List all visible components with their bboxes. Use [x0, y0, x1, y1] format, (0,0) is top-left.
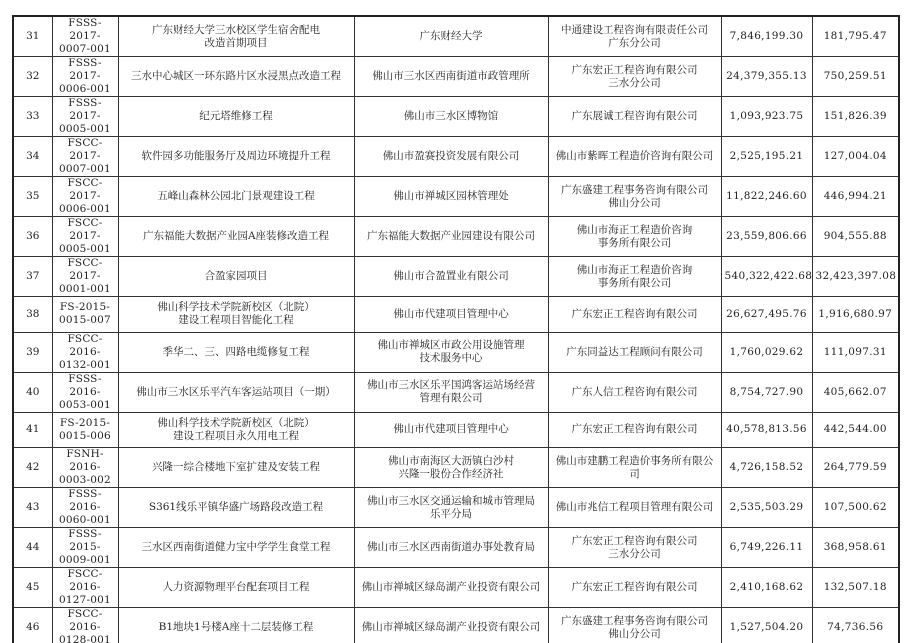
row-number-cell: 38: [13, 297, 52, 333]
owner-unit-cell: 佛山市三水区博物馆: [354, 97, 548, 137]
project-name-cell: 合盈家园项目: [118, 257, 354, 297]
project-code-cell: FSCC-2017- 0005-001: [52, 217, 118, 257]
row-number-cell: 40: [13, 372, 52, 412]
submitted-amount-cell: 2,410,168.62: [721, 568, 812, 608]
table-row: 46 FSCC-2016- 0128-001 B1地块1号楼A座十二层装修工程 …: [13, 608, 899, 643]
owner-unit-cell: 佛山市代建项目管理中心: [354, 412, 548, 448]
reduction-amount-cell: 1,916,680.97: [812, 297, 899, 333]
submitted-amount-cell: 24,379,355.13: [721, 57, 812, 97]
owner-unit-cell: 佛山市南海区大沥镇白沙村 兴隆一股份合作经济社: [354, 448, 548, 488]
reduction-amount-cell: 32,423,397.08: [812, 257, 899, 297]
row-number-cell: 35: [13, 177, 52, 217]
project-name-cell: 广东福能大数据产业园A座装修改造工程: [118, 217, 354, 257]
consultant-unit-cell: 广东宏正工程咨询有限公司 三水分公司: [548, 57, 721, 97]
consultant-unit-cell: 广东宏正工程咨询有限公司 三水分公司: [548, 528, 721, 568]
consultant-unit-cell: 广东人信工程咨询有限公司: [548, 372, 721, 412]
table-body: 31 FSSS-2017- 0007-001 广东财经大学三水校区学生宿舍配电 …: [13, 16, 899, 643]
submitted-amount-cell: 1,760,029.62: [721, 332, 812, 372]
reduction-amount-cell: 151,826.39: [812, 97, 899, 137]
project-name-cell: 三水中心城区一环东路片区水浸黑点改造工程: [118, 57, 354, 97]
consultant-unit-cell: 佛山市建鹏工程造价事务所有限公 司: [548, 448, 721, 488]
owner-unit-cell: 佛山市禅城区园林管理处: [354, 177, 548, 217]
reduction-amount-cell: 127,004.04: [812, 137, 899, 177]
row-number-cell: 32: [13, 57, 52, 97]
project-name-cell: 佛山市三水区乐平汽车客运站项目（一期）: [118, 372, 354, 412]
table-row: 42 FSNH-2016- 0003-002 兴隆一综合楼地下室扩建及安装工程 …: [13, 448, 899, 488]
reduction-amount-cell: 405,662.07: [812, 372, 899, 412]
submitted-amount-cell: 2,535,503.29: [721, 488, 812, 528]
project-code-cell: FSCC-2017- 0006-001: [52, 177, 118, 217]
document-page: 31 FSSS-2017- 0007-001 广东财经大学三水校区学生宿舍配电 …: [12, 15, 898, 643]
table-row: 44 FSSS-2015- 0009-001 三水区西南街道健力宝中学学生食堂工…: [13, 528, 899, 568]
owner-unit-cell: 佛山市代建项目管理中心: [354, 297, 548, 333]
consultant-unit-cell: 佛山市紫晖工程造价咨询有限公司: [548, 137, 721, 177]
consultant-unit-cell: 广东宏正工程咨询有限公司: [548, 568, 721, 608]
consultant-unit-cell: 广东宏正工程咨询有限公司: [548, 412, 721, 448]
row-number-cell: 45: [13, 568, 52, 608]
reduction-amount-cell: 368,958.61: [812, 528, 899, 568]
submitted-amount-cell: 26,627,495.76: [721, 297, 812, 333]
owner-unit-cell: 佛山市三水区西南街道办事处教育局: [354, 528, 548, 568]
project-name-cell: 五峰山森林公园北门景观建设工程: [118, 177, 354, 217]
project-name-cell: 季华二、三、四路电缆修复工程: [118, 332, 354, 372]
project-code-cell: FSSS-2016- 0060-001: [52, 488, 118, 528]
owner-unit-cell: 佛山市禅城区市政公用设施管理 技术服务中心: [354, 332, 548, 372]
reduction-amount-cell: 74,736.56: [812, 608, 899, 643]
reduction-amount-cell: 750,259.51: [812, 57, 899, 97]
table-row: 38 FS-2015- 0015-007 佛山科学技术学院新校区（北院） 建设工…: [13, 297, 899, 333]
owner-unit-cell: 佛山市禅城区绿岛湖产业投资有限公司: [354, 608, 548, 643]
consultant-unit-cell: 广东盛建工程事务咨询有限公司 佛山分公司: [548, 608, 721, 643]
consultant-unit-cell: 广东展诚工程咨询有限公司: [548, 97, 721, 137]
project-name-cell: 纪元塔维修工程: [118, 97, 354, 137]
reduction-amount-cell: 181,795.47: [812, 16, 899, 57]
project-code-cell: FS-2015- 0015-006: [52, 412, 118, 448]
submitted-amount-cell: 40,578,813.56: [721, 412, 812, 448]
table-row: 32 FSSS-2017- 0006-001 三水中心城区一环东路片区水浸黑点改…: [13, 57, 899, 97]
owner-unit-cell: 佛山市禅城区绿岛湖产业投资有限公司: [354, 568, 548, 608]
project-code-cell: FSCC-2016- 0127-001: [52, 568, 118, 608]
consultant-unit-cell: 广东宏正工程咨询有限公司: [548, 297, 721, 333]
table-row: 37 FSCC-2017- 0001-001 合盈家园项目 佛山市合盈置业有限公…: [13, 257, 899, 297]
consultant-unit-cell: 中通建设工程咨询有限责任公司 广东分公司: [548, 16, 721, 57]
project-name-cell: 兴隆一综合楼地下室扩建及安装工程: [118, 448, 354, 488]
row-number-cell: 31: [13, 16, 52, 57]
table-row: 45 FSCC-2016- 0127-001 人力资源物理平台配套项目工程 佛山…: [13, 568, 899, 608]
row-number-cell: 36: [13, 217, 52, 257]
consultant-unit-cell: 佛山市海正工程造价咨询 事务所有限公司: [548, 217, 721, 257]
submitted-amount-cell: 23,559,806.66: [721, 217, 812, 257]
submitted-amount-cell: 1,093,923.75: [721, 97, 812, 137]
project-code-cell: FSCC-2016- 0132-001: [52, 332, 118, 372]
reduction-amount-cell: 904,555.88: [812, 217, 899, 257]
reduction-amount-cell: 264,779.59: [812, 448, 899, 488]
project-code-cell: FSSS-2016- 0053-001: [52, 372, 118, 412]
table-row: 33 FSSS-2017- 0005-001 纪元塔维修工程 佛山市三水区博物馆…: [13, 97, 899, 137]
project-code-cell: FSSS-2017- 0006-001: [52, 57, 118, 97]
reduction-amount-cell: 111,097.31: [812, 332, 899, 372]
owner-unit-cell: 佛山市三水区乐平国鸿客运站场经营 管理有限公司: [354, 372, 548, 412]
row-number-cell: 46: [13, 608, 52, 643]
row-number-cell: 42: [13, 448, 52, 488]
consultant-unit-cell: 佛山市兆信工程项目管理有限公司: [548, 488, 721, 528]
owner-unit-cell: 佛山市盈赛投资发展有限公司: [354, 137, 548, 177]
table-row: 41 FS-2015- 0015-006 佛山科学技术学院新校区（北院） 建设工…: [13, 412, 899, 448]
reduction-amount-cell: 446,994.21: [812, 177, 899, 217]
owner-unit-cell: 佛山市合盈置业有限公司: [354, 257, 548, 297]
table-row: 40 FSSS-2016- 0053-001 佛山市三水区乐平汽车客运站项目（一…: [13, 372, 899, 412]
owner-unit-cell: 广东财经大学: [354, 16, 548, 57]
reduction-amount-cell: 132,507.18: [812, 568, 899, 608]
row-number-cell: 44: [13, 528, 52, 568]
project-name-cell: S361线乐平镇华盛广场路段改造工程: [118, 488, 354, 528]
row-number-cell: 41: [13, 412, 52, 448]
project-code-cell: FS-2015- 0015-007: [52, 297, 118, 333]
consultant-unit-cell: 佛山市海正工程造价咨询 事务所有限公司: [548, 257, 721, 297]
owner-unit-cell: 佛山市三水区西南街道市政管理所: [354, 57, 548, 97]
project-name-cell: 三水区西南街道健力宝中学学生食堂工程: [118, 528, 354, 568]
row-number-cell: 37: [13, 257, 52, 297]
project-name-cell: 人力资源物理平台配套项目工程: [118, 568, 354, 608]
project-code-cell: FSCC-2017- 0001-001: [52, 257, 118, 297]
project-table: 31 FSSS-2017- 0007-001 广东财经大学三水校区学生宿舍配电 …: [12, 15, 900, 643]
reduction-amount-cell: 107,500.62: [812, 488, 899, 528]
project-name-cell: B1地块1号楼A座十二层装修工程: [118, 608, 354, 643]
owner-unit-cell: 广东福能大数据产业园建设有限公司: [354, 217, 548, 257]
table-row: 43 FSSS-2016- 0060-001 S361线乐平镇华盛广场路段改造工…: [13, 488, 899, 528]
table-row: 35 FSCC-2017- 0006-001 五峰山森林公园北门景观建设工程 佛…: [13, 177, 899, 217]
project-name-cell: 软件园多功能服务厅及周边环境提升工程: [118, 137, 354, 177]
project-name-cell: 佛山科学技术学院新校区（北院） 建设工程项目永久用电工程: [118, 412, 354, 448]
submitted-amount-cell: 7,846,199.30: [721, 16, 812, 57]
project-code-cell: FSSS-2015- 0009-001: [52, 528, 118, 568]
owner-unit-cell: 佛山市三水区交通运输和城市管理局 乐平分局: [354, 488, 548, 528]
submitted-amount-cell: 540,322,422.68: [721, 257, 812, 297]
table-row: 39 FSCC-2016- 0132-001 季华二、三、四路电缆修复工程 佛山…: [13, 332, 899, 372]
project-code-cell: FSNH-2016- 0003-002: [52, 448, 118, 488]
table-row: 34 FSCC-2017- 0007-001 软件园多功能服务厅及周边环境提升工…: [13, 137, 899, 177]
consultant-unit-cell: 广东同益达工程顾问有限公司: [548, 332, 721, 372]
submitted-amount-cell: 6,749,226.11: [721, 528, 812, 568]
submitted-amount-cell: 11,822,246.60: [721, 177, 812, 217]
consultant-unit-cell: 广东盛建工程事务咨询有限公司 佛山分公司: [548, 177, 721, 217]
submitted-amount-cell: 1,527,504.20: [721, 608, 812, 643]
row-number-cell: 34: [13, 137, 52, 177]
submitted-amount-cell: 4,726,158.52: [721, 448, 812, 488]
submitted-amount-cell: 2,525,195.21: [721, 137, 812, 177]
table-row: 31 FSSS-2017- 0007-001 广东财经大学三水校区学生宿舍配电 …: [13, 16, 899, 57]
project-code-cell: FSSS-2017- 0007-001: [52, 16, 118, 57]
row-number-cell: 39: [13, 332, 52, 372]
row-number-cell: 33: [13, 97, 52, 137]
row-number-cell: 43: [13, 488, 52, 528]
project-code-cell: FSCC-2017- 0007-001: [52, 137, 118, 177]
submitted-amount-cell: 8,754,727.90: [721, 372, 812, 412]
project-code-cell: FSSS-2017- 0005-001: [52, 97, 118, 137]
project-name-cell: 佛山科学技术学院新校区（北院） 建设工程项目智能化工程: [118, 297, 354, 333]
project-code-cell: FSCC-2016- 0128-001: [52, 608, 118, 643]
project-name-cell: 广东财经大学三水校区学生宿舍配电 改造首期项目: [118, 16, 354, 57]
table-row: 36 FSCC-2017- 0005-001 广东福能大数据产业园A座装修改造工…: [13, 217, 899, 257]
reduction-amount-cell: 442,544.00: [812, 412, 899, 448]
